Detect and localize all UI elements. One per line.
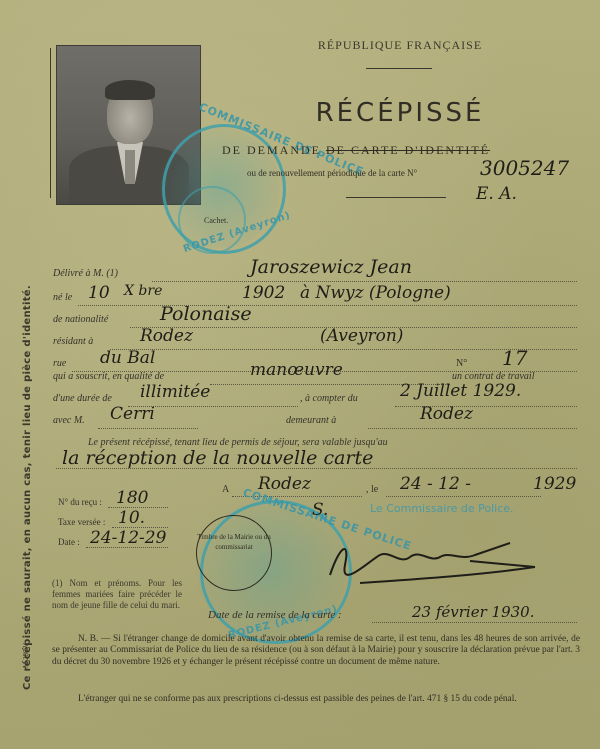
- divider: [346, 197, 446, 198]
- value-residing: Rodez: [140, 326, 193, 346]
- value-street-number: 17: [502, 346, 527, 370]
- label-employer-residing: demeurant à: [286, 415, 336, 426]
- card-series: E. A.: [476, 184, 517, 204]
- republic-header: RÉPUBLIQUE FRANÇAISE: [300, 38, 500, 53]
- value-nationality: Polonaise: [160, 303, 252, 325]
- commissaire-stamp: Le Commissaire de Police.: [370, 502, 514, 515]
- value-delivery-date: 23 février 1930.: [412, 603, 534, 621]
- value-date: 24 - 12 -: [400, 474, 471, 494]
- label-nationality: de nationalité: [53, 314, 108, 325]
- label-employer: avec M.: [53, 415, 85, 426]
- value-start: 2 Juillet 1929.: [400, 381, 521, 401]
- dotted-line: [78, 305, 577, 306]
- value-duration: illimitée: [140, 382, 210, 402]
- label-receipt: N° du reçu :: [58, 497, 102, 507]
- label-tax: Taxe versée :: [58, 517, 105, 527]
- value-birth-month: X bre: [124, 283, 162, 299]
- value-place: Rodez: [258, 474, 311, 494]
- label-residing: résidant à: [53, 336, 93, 347]
- value-birth-year: 1902: [242, 283, 285, 303]
- renewal-line: ou de renouvellement périodique de la ca…: [247, 168, 417, 178]
- document-page: Ce récépissé ne saurait, en aucun cas, t…: [0, 0, 600, 749]
- dotted-line: [98, 428, 198, 429]
- dotted-line: [372, 622, 577, 623]
- label-duration: d'une durée de: [53, 393, 112, 404]
- form-code: M 286 V: [22, 643, 30, 668]
- value-employer-residing: Rodez: [420, 404, 473, 424]
- label-date: , le: [366, 484, 378, 495]
- label-street-number: N°: [456, 358, 467, 369]
- tax-stamp-circle: Timbre de la Mairie ou du commissariat: [196, 515, 272, 591]
- nb-notice: N. B. — Si l'étranger change de domicile…: [52, 634, 580, 668]
- document-title: RÉCÉPISSÉ: [300, 98, 500, 128]
- value-receipt-date: 24-12-29: [90, 528, 166, 548]
- label-street: rue: [53, 358, 66, 369]
- label-delivered-to: Délivré à M. (1): [53, 268, 118, 279]
- cachet-label: Cachet.: [204, 216, 228, 225]
- dotted-line: [386, 496, 541, 497]
- signature: [300, 535, 540, 585]
- value-birth-place: à Nwyz (Pologne): [300, 283, 451, 303]
- value-region: (Aveyron): [320, 326, 403, 346]
- side-note: Ce récépissé ne saurait, en aucun cas, t…: [22, 285, 33, 690]
- label-start: , à compter du: [300, 393, 358, 404]
- value-receipt: 180: [116, 488, 148, 508]
- header-rule: [366, 68, 432, 69]
- photo-frame-line: [50, 48, 51, 198]
- value-validity: la réception de la nouvelle carte: [62, 447, 373, 469]
- label-born: né le: [53, 292, 72, 303]
- value-street: du Bal: [100, 348, 155, 368]
- label-at: A: [222, 484, 229, 495]
- value-tax: 10.: [118, 508, 145, 528]
- label-receipt-date: Date :: [58, 537, 80, 547]
- document-subtitle: DE DEMANDE DE CARTE D'IDENTITÉ: [222, 143, 490, 158]
- value-name: Jaroszewicz Jean: [250, 256, 412, 278]
- label-delivery-date: Date de la remise de la carte :: [208, 609, 342, 621]
- label-contract-role: qui a souscrit, en qualité de: [53, 371, 164, 382]
- dotted-line: [152, 281, 577, 282]
- value-contract-role: manœuvre: [250, 360, 343, 380]
- signature-initial: S.: [312, 500, 328, 520]
- dotted-line: [368, 428, 577, 429]
- value-birth-day: 10: [88, 283, 110, 303]
- struck-subtitle: DE CARTE D'IDENTITÉ: [326, 143, 490, 157]
- penalty-notice: L'étranger qui ne se conforme pas aux pr…: [52, 694, 580, 705]
- card-number: 3005247: [480, 156, 569, 180]
- value-year: 1929: [533, 474, 576, 494]
- footnote: (1) Nom et prénoms. Pour les femmes mari…: [52, 578, 182, 611]
- value-employer: Cerri: [110, 404, 155, 424]
